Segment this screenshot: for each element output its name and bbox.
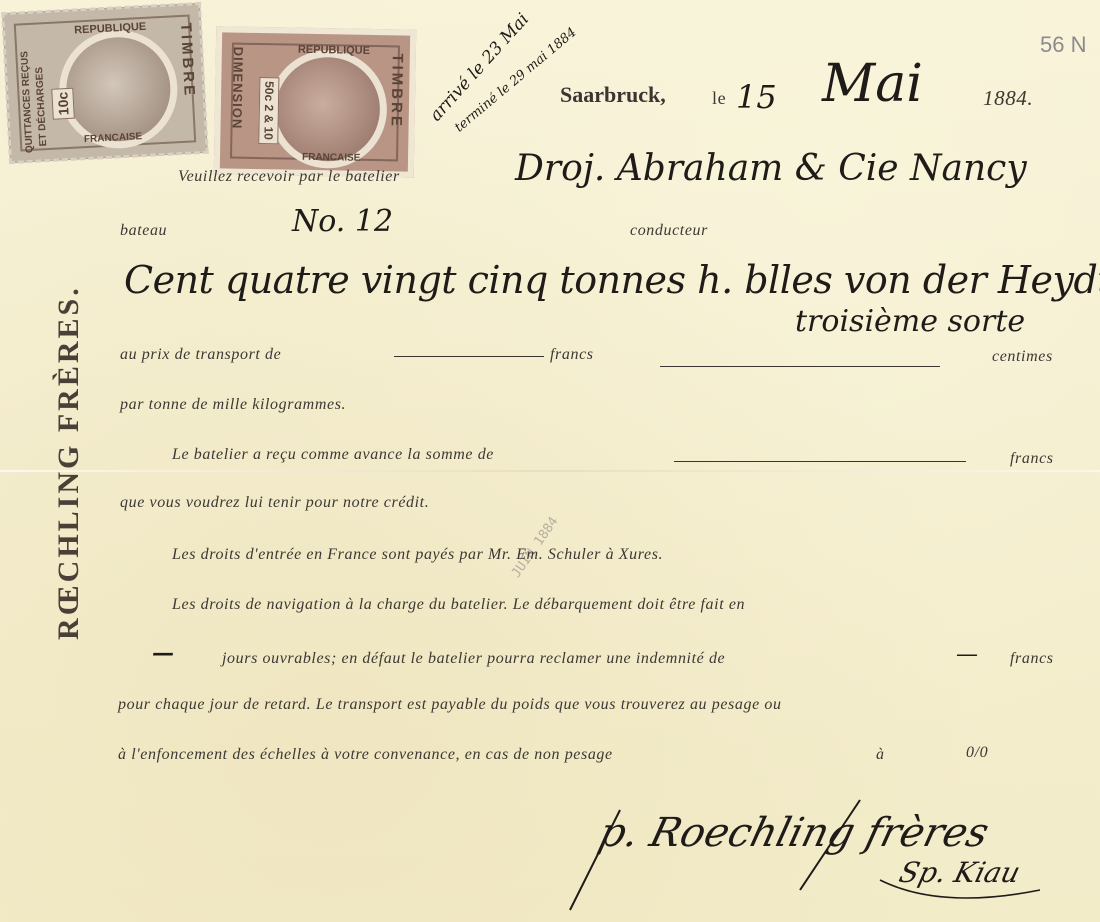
cargo-description: Cent quatre vingt cinq tonnes h. blles v… [124, 258, 1100, 302]
terms-payment-weight: pour chaque jour de retard. Le transport… [118, 696, 782, 714]
stamp-value: 10c [51, 87, 75, 119]
price-per-tonne: par tonne de mille kilogrammes. [120, 396, 346, 414]
place-name: Saarbruck, [560, 82, 666, 108]
terms-navigation-duties: Les droits de navigation à la charge du … [172, 596, 745, 614]
bateau-value: No. 12 [292, 204, 393, 239]
recipient-value: Droj. Abraham & Cie Nancy [515, 148, 1027, 189]
price-francs-blank [394, 356, 544, 357]
price-centimes-blank [660, 366, 940, 367]
advance-credit-note: que vous voudrez lui tenir pour notre cr… [120, 494, 429, 512]
revenue-stamp-50c-dimension: REPUBLIQUE TIMBRE DIMENSION 50c 2 & 10 F… [214, 26, 417, 177]
date-year: 1884. [983, 86, 1033, 111]
stamp-value: 50c 2 & 10 [258, 77, 279, 144]
cargo-grade: troisième sorte [795, 304, 1025, 339]
signature-flourish-icon [560, 790, 1060, 920]
stamp-timbre-text: TIMBRE [177, 22, 198, 98]
corner-reference-number: 56 N [1040, 32, 1086, 58]
terms-non-weighing: à l'enfoncement des échelles à votre con… [118, 746, 613, 764]
date-month: Mai [822, 54, 923, 114]
stamp-francaise-text: FRANCAISE [302, 152, 361, 164]
advance-amount-blank [674, 461, 966, 462]
company-letterhead: RŒCHLING FRÈRES. [52, 285, 86, 640]
price-francs-unit: francs [550, 346, 594, 364]
indemnity-value: — [956, 642, 978, 667]
stamp-dimension-text: DIMENSION [230, 47, 246, 130]
advance-unit: francs [1010, 450, 1054, 468]
price-centimes-unit: centimes [992, 348, 1053, 366]
unloading-days-value: — [152, 640, 174, 666]
revenue-stamp-10c: REPUBLIQUE TIMBRE QUITTANCES REÇUS ET DÉ… [2, 3, 208, 163]
advance-label: Le batelier a reçu comme avance la somme… [172, 446, 494, 464]
date-le-label: le [712, 88, 726, 109]
terms-entry-duties: Les droits d'entrée en France sont payés… [172, 546, 663, 564]
percent-symbol: 0/0 [966, 744, 988, 762]
paper-fold-crease [0, 470, 1100, 472]
stamp-republique-text: REPUBLIQUE [298, 44, 370, 57]
price-label: au prix de transport de [120, 346, 281, 364]
percent-prefix: à [876, 746, 885, 764]
conducteur-label: conducteur [630, 222, 708, 240]
indemnity-unit: francs [1010, 650, 1054, 668]
date-day: 15 [736, 78, 777, 116]
recipient-prompt: Veuillez recevoir par le batelier [178, 168, 400, 186]
stamp-timbre-text: TIMBRE [388, 53, 406, 129]
terms-working-days: jours ouvrables; en défaut le batelier p… [222, 650, 725, 668]
bateau-label: bateau [120, 222, 167, 240]
